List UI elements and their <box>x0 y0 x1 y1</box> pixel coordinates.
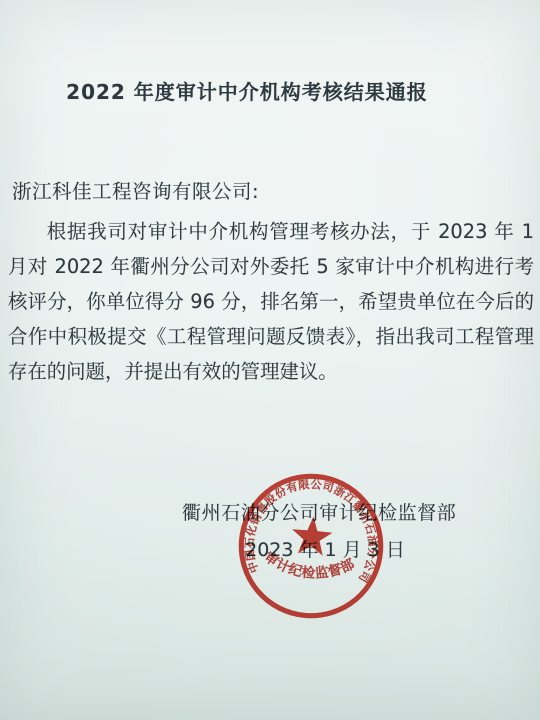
body-line-3: 核评分，你单位得分 96 分，排名第一，希望贵单位在今后的 <box>8 284 534 319</box>
addressee-line: 浙江科佳工程咨询有限公司: <box>12 176 259 204</box>
seal-department-text: 审计纪检监督部 <box>260 548 358 585</box>
document-page: 2022 年度审计中介机构考核结果通报 浙江科佳工程咨询有限公司: 根据我司对审… <box>0 0 540 720</box>
body-line-1: 根据我司对审计中介机构管理考核办法，于 2023 年 1 <box>8 214 534 249</box>
star-icon <box>290 515 334 557</box>
official-seal: 中国石化销售股份有限公司浙江衢州石油分公司 审计纪检监督部 <box>219 454 403 638</box>
page-title: 2022 年度审计中介机构考核结果通报 <box>0 76 494 105</box>
body-paragraph: 根据我司对审计中介机构管理考核办法，于 2023 年 1 月对 2022 年衢州… <box>8 214 534 389</box>
body-line-4: 合作中积极提交《工程管理问题反馈表》，指出我司工程管理 <box>8 319 534 354</box>
body-line-5: 存在的问题，并提出有效的管理建议。 <box>8 354 534 389</box>
seal-graphic: 中国石化销售股份有限公司浙江衢州石油分公司 审计纪检监督部 <box>219 454 403 638</box>
body-line-2: 月对 2022 年衢州分公司对外委托 5 家审计中介机构进行考 <box>8 249 534 284</box>
